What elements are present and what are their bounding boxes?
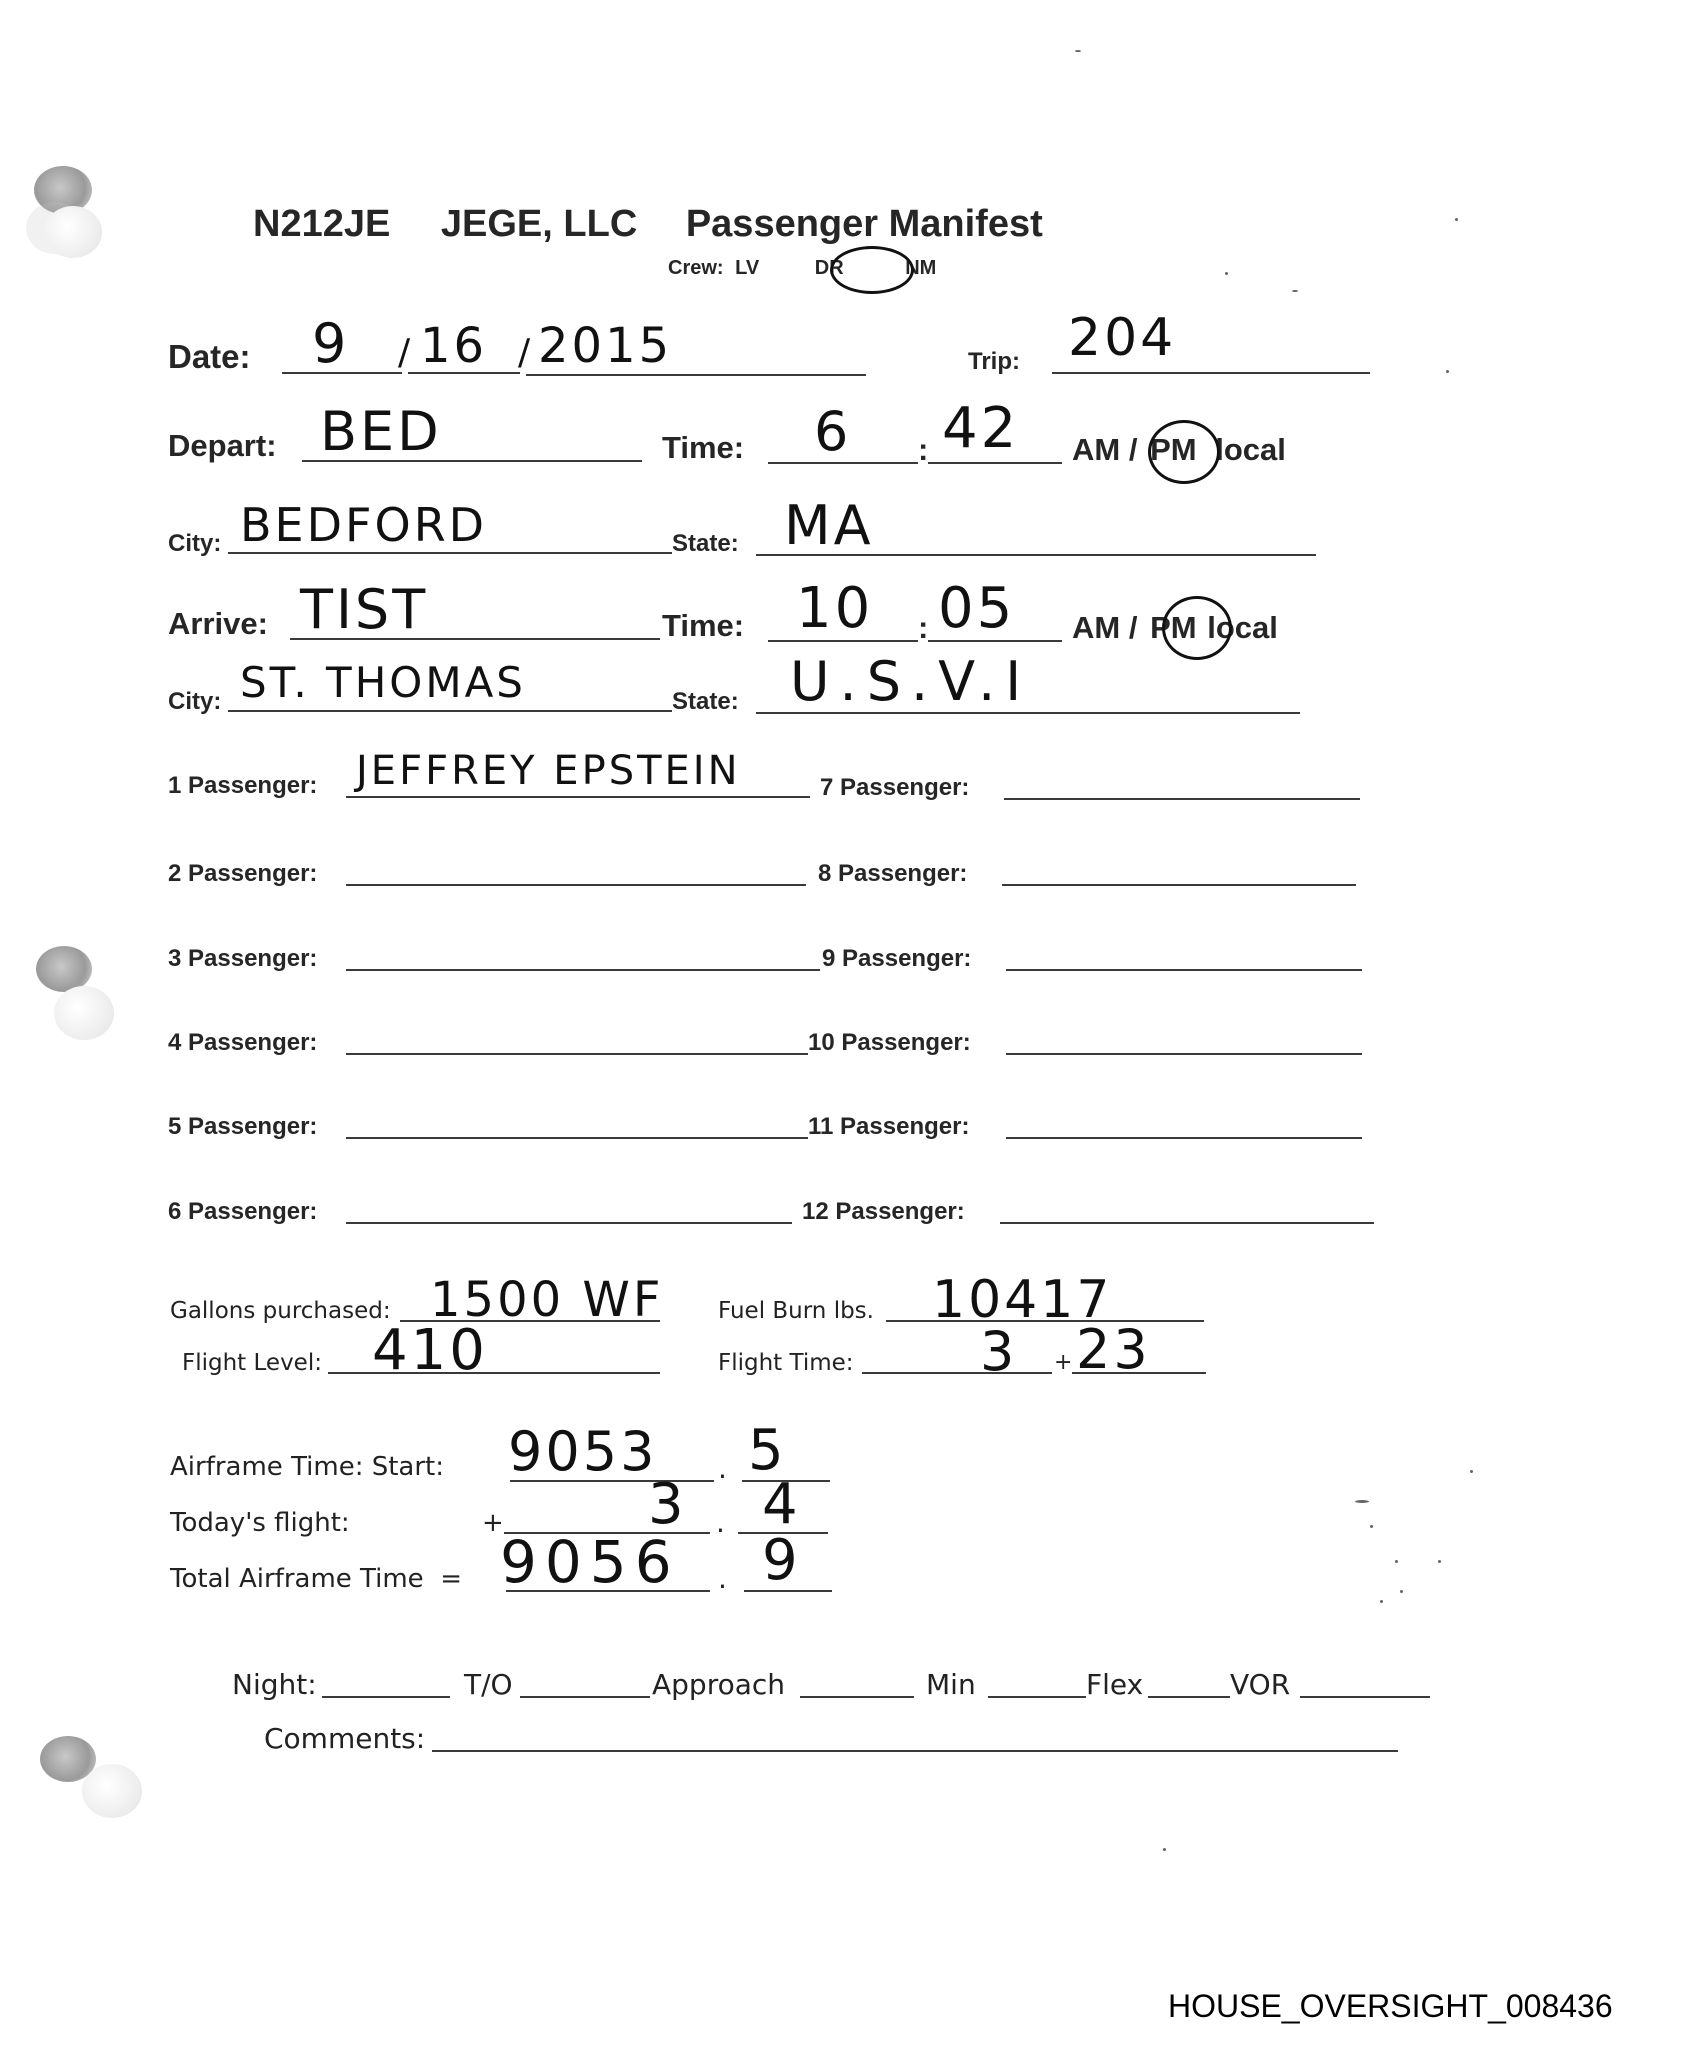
passenger-1-line[interactable] [346,796,810,798]
todays-flight-dot: . [716,1506,725,1539]
depart-city-line [228,552,672,554]
arrive-time-colon: : [918,610,928,646]
trip-number-value: 204 [1068,308,1176,368]
flight-time-label: Flight Time: [718,1350,854,1376]
arrive-minute-value: 05 [938,576,1015,641]
airframe-start-label: Airframe Time: Start: [170,1452,444,1482]
vor-label: VOR [1230,1668,1290,1701]
depart-am-option: AM [1072,432,1120,467]
scan-speck [1163,1848,1166,1851]
passenger-4-label: 4 Passenger: [168,1029,317,1057]
arrive-state-value: U.S.V.I [790,650,1031,713]
depart-time-label: Time: [662,430,744,466]
scan-speck [1446,370,1449,373]
passenger-12-line[interactable] [1000,1222,1374,1224]
approach-label: Approach [652,1668,785,1701]
passenger-2-label: 2 Passenger: [168,860,317,888]
total-airframe-whole-value: 9056 [500,1528,680,1596]
passenger-10-label: 10 Passenger: [808,1029,971,1057]
depart-state-label: State: [672,530,739,558]
arrive-city-value: ST. THOMAS [240,658,526,707]
passenger-9-label: 9 Passenger: [822,945,971,973]
tail-number: N212JE [253,203,390,245]
date-label: Date: [168,338,251,376]
passenger-3-line[interactable] [346,969,820,971]
scan-speck [1470,1470,1473,1473]
flight-level-value: 410 [372,1318,488,1383]
passenger-11-line[interactable] [1006,1137,1362,1139]
flex-label: Flex [1086,1668,1143,1701]
scan-speck [1380,1600,1383,1603]
scan-speck [1075,50,1081,52]
comments-line[interactable] [432,1750,1398,1752]
depart-airport-value: BED [320,400,442,463]
passenger-5-line[interactable] [346,1137,808,1139]
passenger-6-label: 6 Passenger: [168,1198,317,1226]
airframe-start-whole-value: 9053 [508,1420,657,1483]
date-year-value: 2015 [538,318,672,374]
passenger-10-line[interactable] [1006,1053,1362,1055]
passenger-1-label: 1 Passenger: [168,772,317,800]
arrive-time-label: Time: [662,608,744,644]
night-line[interactable] [322,1696,450,1698]
depart-minute-line [928,462,1062,464]
arrive-city-label: City: [168,688,221,716]
comments-label: Comments: [264,1722,425,1755]
passenger-1-name: JEFFREY EPSTEIN [356,748,741,794]
total-airframe-dot: . [718,1562,727,1595]
arrive-ampm-slash: / [1129,610,1138,645]
scan-speck [1225,272,1228,275]
document-header: N212JE JEGE, LLC Passenger Manifest [253,203,1043,246]
arrive-label: Arrive: [168,606,268,642]
flight-level-label: Flight Level: [182,1350,322,1376]
depart-local-label: local [1215,432,1286,467]
passenger-8-label: 8 Passenger: [818,860,967,888]
punch-hole-middle-front [54,986,114,1040]
crew-option-lv: LV [735,257,759,279]
bates-number: HOUSE_OVERSIGHT_008436 [1168,1988,1613,2025]
depart-ampm-slash: / [1129,432,1138,467]
gallons-purchased-label: Gallons purchased: [170,1298,391,1324]
scan-speck [1355,1500,1369,1503]
date-month-value: 9 [312,312,349,375]
passenger-11-label: 11 Passenger: [808,1113,969,1141]
flight-time-separator: + [1054,1350,1072,1375]
passenger-2-line[interactable] [346,884,806,886]
passenger-4-line[interactable] [346,1053,808,1055]
date-sep-1: / [398,332,413,373]
crew-selected-circle [830,246,914,294]
passenger-12-label: 12 Passenger: [802,1198,965,1226]
min-line[interactable] [988,1696,1086,1698]
fuel-burn-label: Fuel Burn lbs. [718,1298,874,1324]
depart-state-value: MA [784,494,874,557]
night-label: Night: [232,1668,317,1701]
todays-flight-label: Today's flight: [170,1508,350,1538]
scan-speck [1455,218,1458,221]
crew-label: Crew: [668,257,724,279]
flex-line[interactable] [1148,1696,1230,1698]
arrive-airport-value: TIST [300,578,428,641]
flight-time-hours-value: 3 [980,1320,1017,1383]
vor-line[interactable] [1300,1696,1430,1698]
form-title: Passenger Manifest [686,203,1043,245]
passenger-9-line[interactable] [1006,969,1362,971]
flight-time-minutes-value: 23 [1076,1318,1151,1381]
passenger-8-line[interactable] [1002,884,1356,886]
scan-speck [1438,1560,1441,1563]
passenger-6-line[interactable] [346,1222,792,1224]
scan-speck [1292,290,1298,292]
total-airframe-label: Total Airframe Time = [170,1564,462,1594]
airframe-start-dot: . [718,1452,727,1485]
min-label: Min [926,1668,976,1701]
depart-city-value: BEDFORD [240,498,487,552]
arrive-am-option: AM [1072,610,1120,645]
takeoff-label: T/O [464,1668,513,1701]
depart-label: Depart: [168,428,277,464]
arrive-hour-value: 10 [796,576,873,641]
arrive-pm-selected-circle [1162,596,1232,660]
scan-speck [1370,1525,1373,1528]
takeoff-line[interactable] [520,1696,650,1698]
approach-line[interactable] [800,1696,914,1698]
flight-time-hours-line [862,1372,1052,1374]
passenger-7-line[interactable] [1004,798,1360,800]
trip-number-line [1052,372,1370,374]
punch-hole-bottom-front [82,1764,142,1818]
scan-speck [1400,1590,1403,1593]
date-year-line [526,374,866,376]
date-day-value: 16 [420,318,487,374]
scan-speck [1395,1560,1398,1563]
depart-pm-selected-circle [1148,420,1220,484]
total-airframe-tenth-value: 9 [762,1528,801,1593]
date-sep-2: / [518,332,533,373]
arrive-state-label: State: [672,688,739,716]
depart-minute-value: 42 [942,396,1019,461]
passenger-5-label: 5 Passenger: [168,1113,317,1141]
passenger-3-label: 3 Passenger: [168,945,317,973]
company-name: JEGE, LLC [441,203,637,245]
depart-hour-value: 6 [814,400,851,463]
punch-hole-top-front [44,206,102,258]
passenger-7-label: 7 Passenger: [820,774,969,802]
arrive-city-line [228,710,672,712]
depart-time-colon: : [918,432,928,468]
trip-label: Trip: [968,348,1020,376]
depart-city-label: City: [168,530,221,558]
